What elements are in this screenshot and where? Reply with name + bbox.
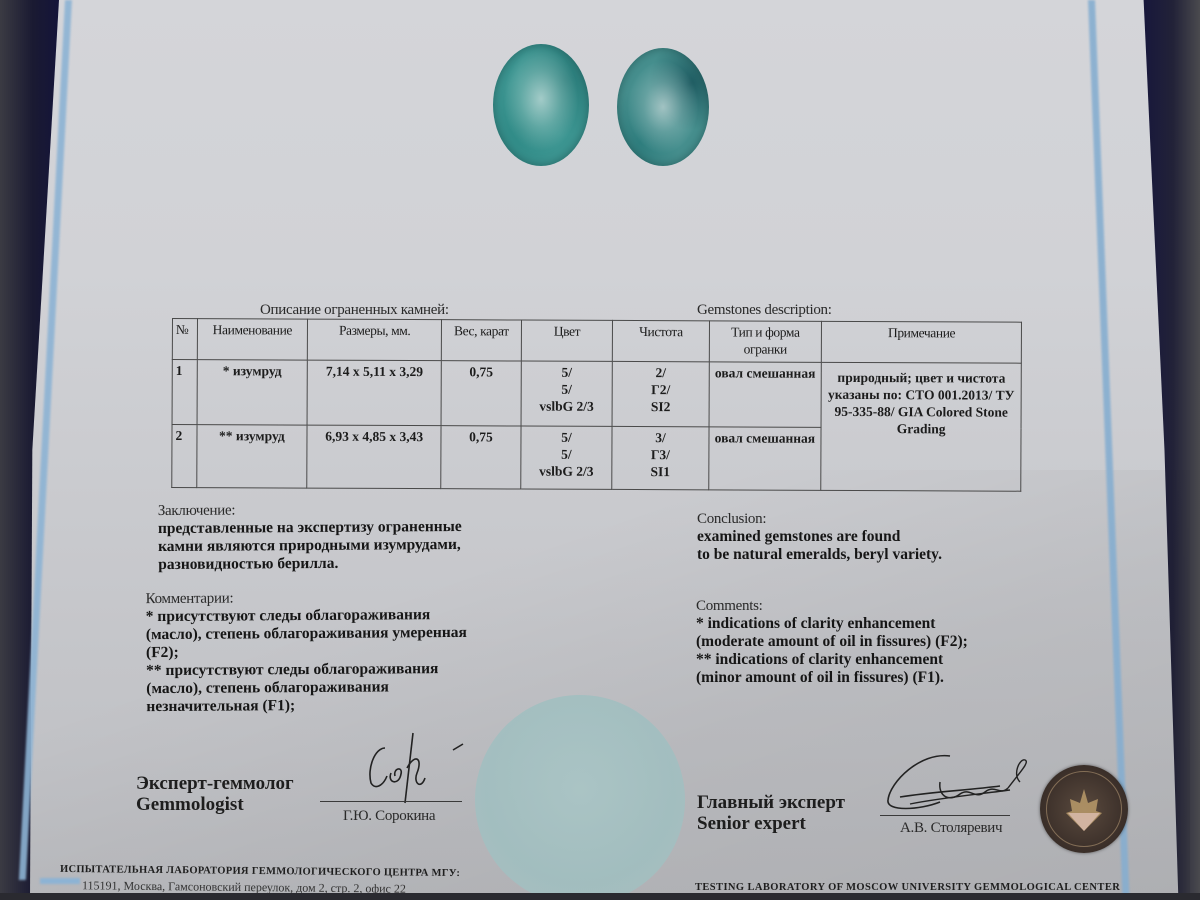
clarity-grade-1: 3/ [616, 429, 705, 446]
watermark-stamp [475, 695, 685, 900]
gemmologist-title: Эксперт-геммолог Gemmologist [136, 773, 294, 815]
gemmologist-signature-line [320, 801, 462, 802]
header-cut: Тип и форма огранки [709, 321, 822, 362]
gemstones-table: № Наименование Размеры, мм. Вес, карат Ц… [171, 318, 1022, 492]
cell-cut: овал смешанная [708, 427, 821, 490]
comments-ru-line: ** присутствуют следы облагораживания [146, 660, 467, 680]
header-name: Наименование [197, 319, 308, 360]
cell-color: 5/ 5/ vslbG 2/3 [521, 361, 613, 426]
color-grade-2: 5/ [524, 446, 609, 463]
gemstone-1-photo [493, 44, 589, 166]
comments-en-label: Comments: [696, 598, 968, 615]
comments-en: Comments: * indications of clarity enhan… [696, 598, 968, 687]
gemmologist-title-ru: Эксперт-геммолог [136, 773, 294, 794]
gemmologist-signature-icon [355, 728, 475, 808]
color-grade-gia: vslbG 2/3 [524, 463, 609, 480]
hologram-seal [1040, 765, 1128, 853]
conclusion-en-line: to be natural emeralds, beryl variety. [697, 546, 942, 564]
senior-expert-title-ru: Главный эксперт [697, 792, 845, 813]
cell-size: 7,14 x 5,11 x 3,29 [307, 360, 441, 426]
color-grade-1: 5/ [524, 429, 609, 446]
comments-ru-line: незначительная (F1); [146, 696, 467, 716]
cell-weight: 0,75 [441, 361, 521, 426]
folder-edge-bottom [0, 893, 1200, 900]
table-row: 1 * изумруд 7,14 x 5,11 x 3,29 0,75 5/ 5… [172, 360, 1021, 429]
comments-ru-line: (F2); [146, 642, 467, 662]
clarity-grade-gia: SI1 [616, 463, 705, 480]
comments-en-line: (moderate amount of oil in fissures) (F2… [696, 633, 968, 651]
header-note: Примечание [822, 321, 1022, 363]
cell-name: ** изумруд [196, 425, 307, 488]
gemstone-2-photo [617, 48, 709, 166]
comments-ru-line: (масло), степень облагораживания умеренн… [146, 624, 467, 644]
crystal-emblem-icon [1064, 787, 1104, 833]
cell-clarity: 2/ Г2/ SI2 [612, 361, 708, 426]
cell-cut: овал смешанная [709, 362, 822, 427]
cell-name: * изумруд [197, 360, 308, 425]
table-caption-en: Gemstones description: [697, 302, 832, 319]
header-weight: Вес, карат [442, 320, 521, 361]
conclusion-ru-line: представленные на экспертизу ограненные [158, 518, 462, 538]
cell-no: 2 [172, 425, 197, 488]
decorative-border-corner [40, 878, 80, 884]
header-size: Размеры, мм. [307, 319, 441, 361]
comments-en-line: ** indications of clarity enhancement [696, 651, 968, 669]
conclusion-en-label: Conclusion: [697, 511, 942, 528]
cell-clarity: 3/ Г3/ SI1 [612, 426, 708, 489]
conclusion-en-line: examined gemstones are found [697, 528, 942, 546]
comments-en-line: * indications of clarity enhancement [696, 615, 968, 633]
cell-note: природный; цвет и чистота указаны по: СТ… [821, 362, 1021, 491]
comments-ru-line: * присутствуют следы облагораживания [146, 606, 467, 626]
comments-ru-line: (масло), степень облагораживания [146, 678, 467, 698]
header-no: № [172, 319, 197, 360]
senior-expert-title-en: Senior expert [697, 813, 845, 834]
conclusion-ru-line: разновидностью берилла. [158, 554, 462, 574]
color-grade-gia: vslbG 2/3 [524, 398, 609, 415]
senior-expert-title: Главный эксперт Senior expert [697, 792, 845, 834]
conclusion-en: Conclusion: examined gemstones are found… [697, 511, 942, 564]
color-grade-2: 5/ [524, 381, 609, 398]
senior-expert-signature-icon [880, 752, 1040, 822]
senior-expert-signature-line [880, 815, 1010, 816]
clarity-grade-2: Г2/ [616, 381, 705, 398]
table-header-row: № Наименование Размеры, мм. Вес, карат Ц… [172, 319, 1021, 364]
cell-size: 6,93 x 4,85 x 3,43 [307, 425, 441, 489]
header-color: Цвет [521, 320, 613, 361]
cell-color: 5/ 5/ vslbG 2/3 [520, 426, 612, 489]
footer-org-en: TESTING LABORATORY OF MOSCOW UNIVERSITY … [695, 882, 1120, 893]
clarity-grade-1: 2/ [616, 364, 705, 381]
conclusion-ru: Заключение: представленные на экспертизу… [158, 501, 462, 574]
conclusion-ru-label: Заключение: [158, 501, 462, 520]
gemmologist-title-en: Gemmologist [136, 794, 294, 815]
comments-ru: Комментарии: * присутствуют следы облаго… [146, 589, 468, 716]
clarity-grade-gia: SI2 [616, 398, 705, 415]
color-grade-1: 5/ [524, 364, 609, 381]
gemmologist-name: Г.Ю. Сорокина [343, 808, 435, 825]
clarity-grade-2: Г3/ [616, 446, 705, 463]
table-caption-ru: Описание ограненных камней: [260, 302, 449, 319]
comments-en-line: (minor amount of oil in fissures) (F1). [696, 669, 968, 687]
conclusion-ru-line: камни являются природными изумрудами, [158, 536, 462, 556]
cell-weight: 0,75 [441, 426, 521, 489]
header-clarity: Чистота [613, 320, 709, 361]
cell-no: 1 [172, 360, 197, 425]
senior-expert-name: А.В. Столяревич [900, 820, 1002, 837]
